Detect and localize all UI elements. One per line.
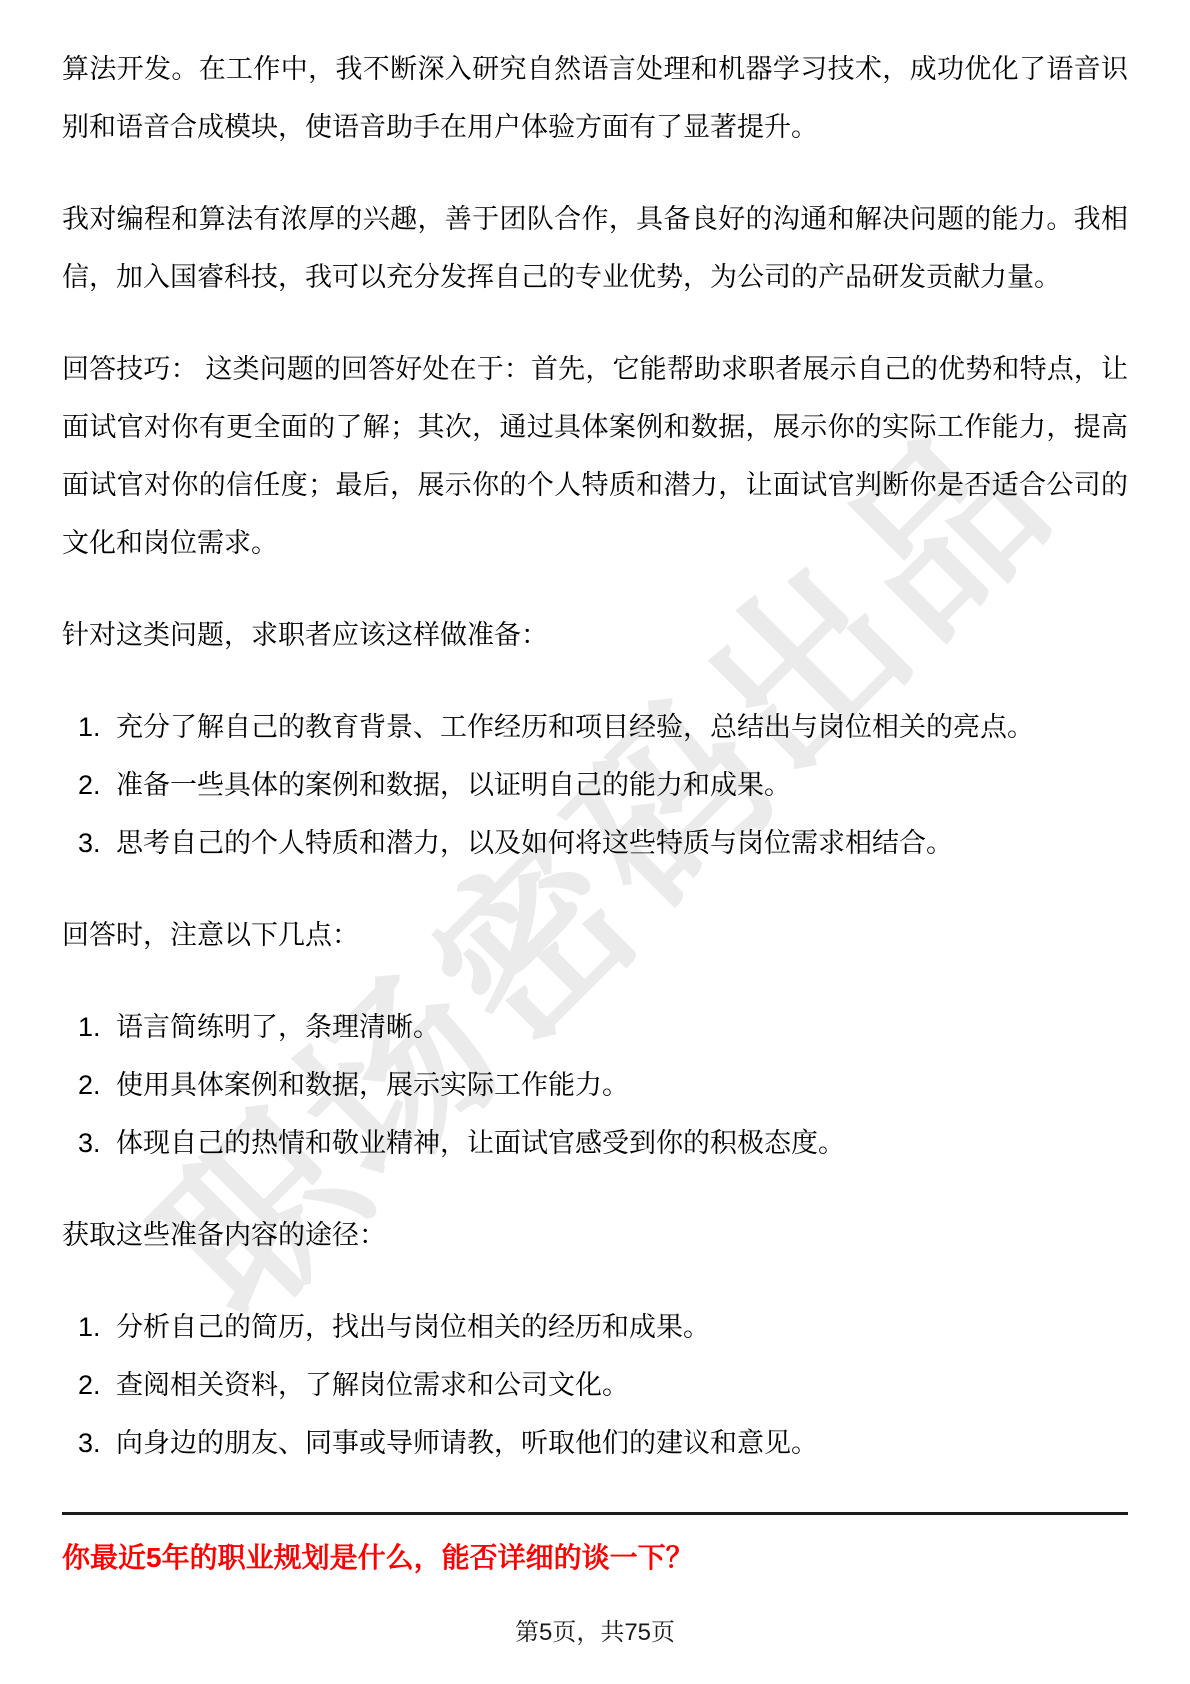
paragraph-prepare-lead: 针对这类问题，求职者应该这样做准备： <box>62 606 1128 664</box>
list-item: 充分了解自己的教育背景、工作经历和项目经验，总结出与岗位相关的亮点。 <box>108 698 1128 756</box>
list-item: 查阅相关资料，了解岗位需求和公司文化。 <box>108 1356 1128 1414</box>
list-preparation-steps: 充分了解自己的教育背景、工作经历和项目经验，总结出与岗位相关的亮点。 准备一些具… <box>62 698 1128 872</box>
list-answer-points: 语言简练明了，条理清晰。 使用具体案例和数据，展示实际工作能力。 体现自己的热情… <box>62 998 1128 1172</box>
page-number: 第5页，共75页 <box>515 1619 675 1646</box>
list-source-channels: 分析自己的简历，找出与岗位相关的经历和成果。 查阅相关资料，了解岗位需求和公司文… <box>62 1298 1128 1472</box>
document-page: 职场密码出品 算法开发。在工作中，我不断深入研究自然语言处理和机器学习技术，成功… <box>0 0 1190 1684</box>
page-footer: 第5页，共75页 <box>0 1618 1190 1648</box>
paragraph-answer-lead: 回答时，注意以下几点： <box>62 906 1128 964</box>
list-item: 准备一些具体的案例和数据，以证明自己的能力和成果。 <box>108 756 1128 814</box>
list-item: 分析自己的简历，找出与岗位相关的经历和成果。 <box>108 1298 1128 1356</box>
paragraph-answer-tips: 回答技巧： 这类问题的回答好处在于：首先，它能帮助求职者展示自己的优势和特点，让… <box>62 340 1128 572</box>
paragraph-strengths: 我对编程和算法有浓厚的兴趣，善于团队合作，具备良好的沟通和解决问题的能力。我相信… <box>62 190 1128 306</box>
paragraph-source-lead: 获取这些准备内容的途径： <box>62 1206 1128 1264</box>
paragraph-self-intro-continued: 算法开发。在工作中，我不断深入研究自然语言处理和机器学习技术，成功优化了语音识别… <box>62 40 1128 156</box>
next-question-heading: 你最近5年的职业规划是什么，能否详细的谈一下？ <box>62 1529 1128 1587</box>
list-item: 思考自己的个人特质和潜力，以及如何将这些特质与岗位需求相结合。 <box>108 814 1128 872</box>
document-content: 算法开发。在工作中，我不断深入研究自然语言处理和机器学习技术，成功优化了语音识别… <box>0 0 1190 1587</box>
list-item: 使用具体案例和数据，展示实际工作能力。 <box>108 1056 1128 1114</box>
list-item: 向身边的朋友、同事或导师请教，听取他们的建议和意见。 <box>108 1414 1128 1472</box>
section-divider <box>62 1512 1128 1515</box>
list-item: 体现自己的热情和敬业精神，让面试官感受到你的积极态度。 <box>108 1114 1128 1172</box>
list-item: 语言简练明了，条理清晰。 <box>108 998 1128 1056</box>
